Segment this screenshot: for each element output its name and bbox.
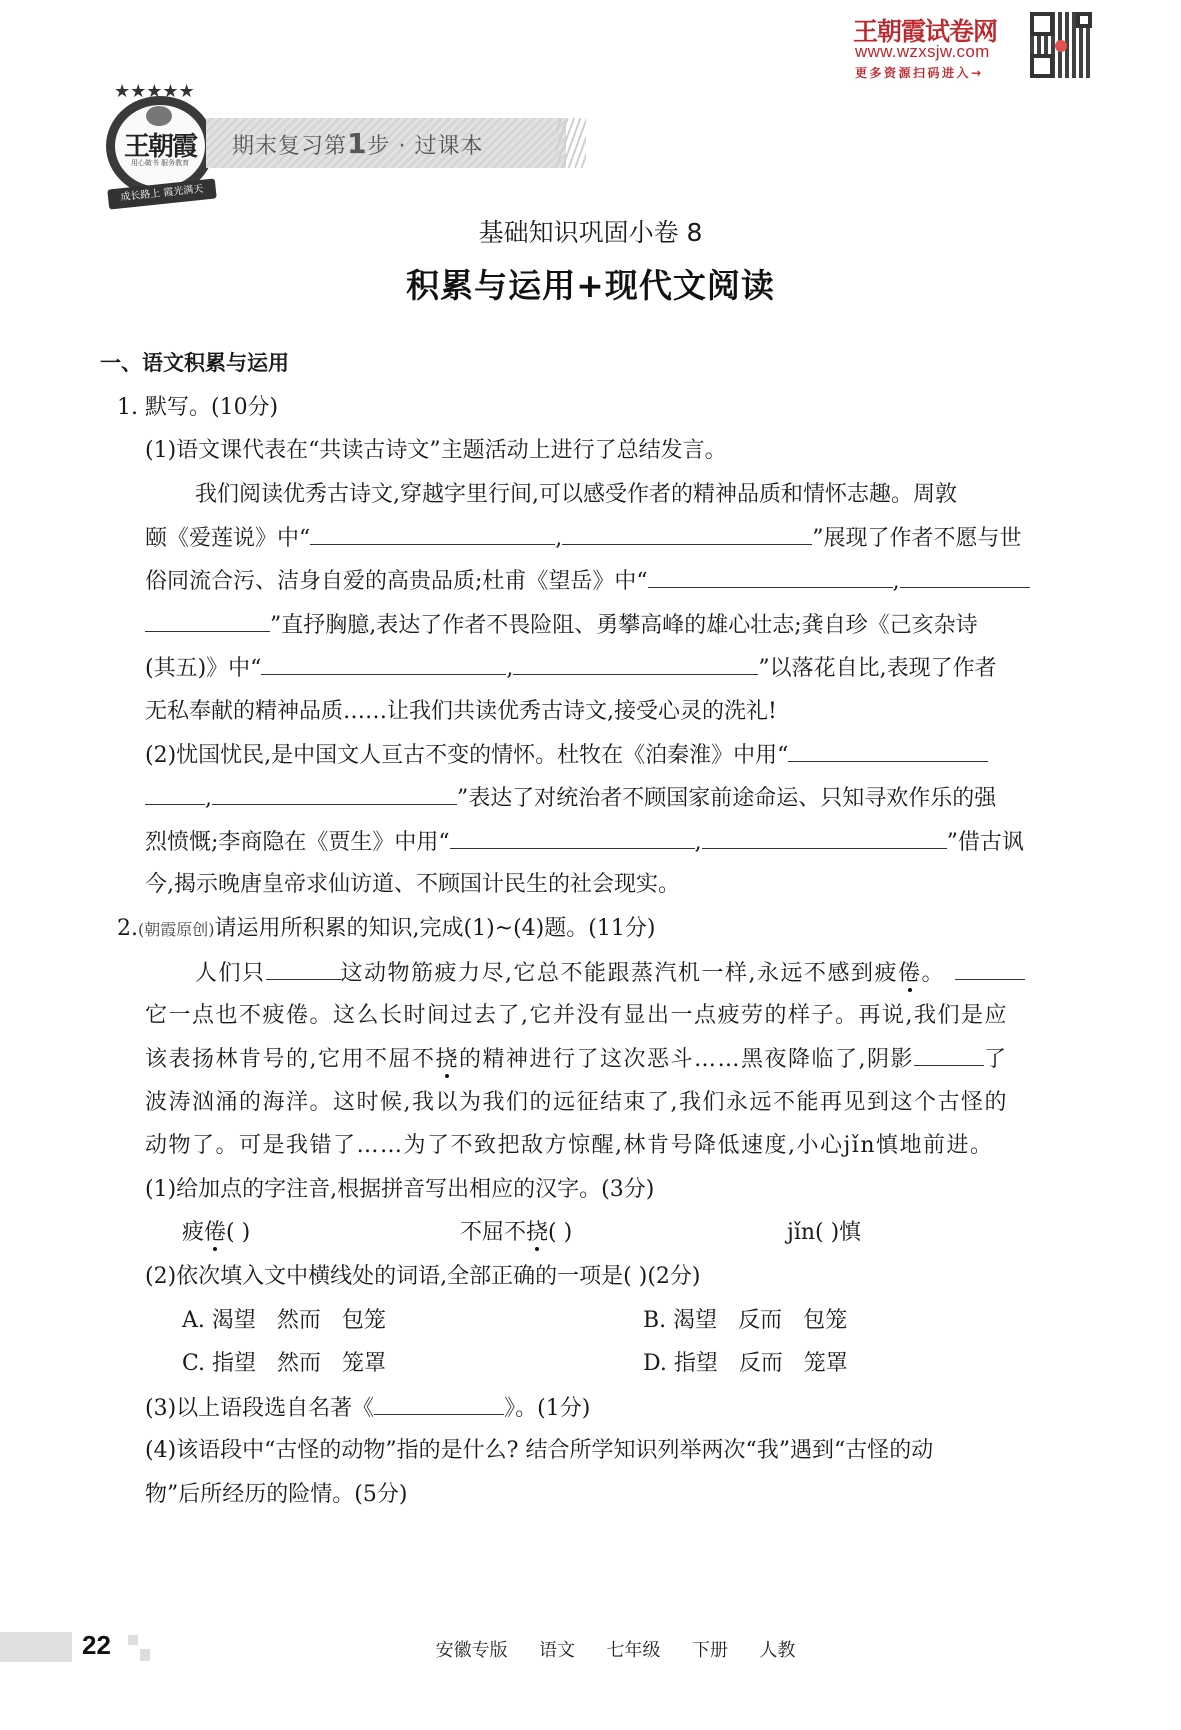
q1-p2-line3: 烈愤慨;李商隐在《贾生》中用“,”借古讽: [145, 827, 1024, 858]
banner-text: 期末复习第1步 · 过课本: [232, 127, 483, 160]
text: 颐《爱莲说》中“: [145, 526, 310, 551]
answer-blank[interactable]: [955, 958, 1025, 980]
sub1-item-2: 不屈不挠( ): [460, 1218, 572, 1248]
option-b[interactable]: B. 渴望 反而 包笼: [643, 1306, 847, 1336]
passage-line1: 人们只这动物筋疲力尽,它总不能跟蒸汽机一样,永远不感到疲倦。: [195, 958, 1025, 989]
passage-line2: 它一点也不疲倦。这么长时间过去了,它并没有显出一点疲劳的样子。再说,我们是应: [145, 1001, 1008, 1031]
q1-p2-line1: (2)忧国忧民,是中国文人亘古不变的情怀。杜牧在《泊秦淮》中用“: [145, 740, 988, 771]
text: 。: [922, 961, 946, 986]
answer-blank[interactable]: [562, 523, 812, 545]
original-tag: (朝霞原创): [138, 920, 215, 939]
dotted-char: 倦: [204, 1220, 226, 1245]
brand-cta: 更多资源扫码进入→: [855, 64, 984, 81]
text: ”展现了作者不愿与世: [812, 526, 1021, 551]
answer-blank[interactable]: [513, 653, 758, 675]
q1-p1-line5: (其五)》中“,”以落花自比,表现了作者: [145, 653, 997, 684]
text: 了: [984, 1047, 1008, 1072]
answer-blank[interactable]: [900, 566, 1030, 588]
sub1-item-3[interactable]: jǐn( )慎: [787, 1218, 861, 1248]
text: 请运用所积累的知识,完成(1)~(4)题。(11分): [215, 916, 656, 941]
dotted-char: 挠: [526, 1220, 548, 1245]
answer-blank[interactable]: [914, 1044, 984, 1066]
option-c[interactable]: C. 指望 然而 笼罩: [182, 1349, 386, 1379]
text: ”以落花自比,表现了作者: [758, 656, 996, 681]
text: 疲: [182, 1220, 204, 1245]
footer-info: 安徽专版 语文 七年级 下册 人教: [0, 1636, 1181, 1662]
text: ,: [555, 526, 562, 551]
passage-line4: 波涛汹涌的海洋。这时候,我以为我们的远征结束了,我们永远不能再见到这个古怪的: [145, 1088, 1008, 1118]
answer-blank[interactable]: [450, 827, 695, 849]
text: ,: [205, 786, 212, 811]
text: 该表扬林肯号的,它用不屈不: [145, 1047, 436, 1072]
q1-p1-line4: ”直抒胸臆,表达了作者不畏险阻、勇攀高峰的雄心壮志;龚自珍《己亥杂诗: [145, 610, 978, 641]
text: ”表达了对统治者不顾国家前途命运、只知寻欢作乐的强: [457, 786, 996, 811]
sub1-item-1: 疲倦( ): [182, 1218, 250, 1248]
q1-p2-line2: ,”表达了对统治者不顾国家前途命运、只知寻欢作乐的强: [145, 783, 996, 814]
q2-sub4-line2: 物”后所经历的险情。(5分): [145, 1480, 407, 1510]
text: ”直抒胸臆,表达了作者不畏险阻、勇攀高峰的雄心壮志;龚自珍《己亥杂诗: [270, 613, 978, 638]
text: ”借古讽: [947, 830, 1024, 855]
answer-blank[interactable]: [648, 566, 893, 588]
q2-sub2-stem: (2)依次填入文中横线处的词语,全部正确的一项是( )(2分): [145, 1262, 700, 1292]
brand-url[interactable]: www.wzxsjw.com: [855, 42, 990, 62]
answer-blank[interactable]: [145, 783, 205, 805]
answer-blank[interactable]: [374, 1393, 504, 1415]
q1-p1-line1: 我们阅读优秀古诗文,穿越字里行间,可以感受作者的精神品质和情怀志趣。周敦: [195, 480, 957, 510]
text: 人们只: [195, 961, 266, 986]
text: 这动物筋疲力尽,它总不能跟蒸汽机一样,永远不感到疲: [341, 961, 899, 986]
option-d[interactable]: D. 指望 反而 笼罩: [643, 1349, 848, 1379]
page-subtitle: 基础知识巩固小卷 8: [0, 213, 1181, 249]
text: (2)忧国忧民,是中国文人亘古不变的情怀。杜牧在《泊秦淮》中用“: [145, 743, 788, 768]
q1-p1-intro: (1)语文课代表在“共读古诗文”主题活动上进行了总结发言。: [145, 436, 727, 466]
answer-blank[interactable]: [702, 827, 947, 849]
q1-p1-line6: 无私奉献的精神品质……让我们共读优秀古诗文,接受心灵的洗礼!: [145, 697, 777, 727]
text: 烈愤慨;李商隐在《贾生》中用“: [145, 830, 450, 855]
q2-sub1-stem: (1)给加点的字注音,根据拼音写出相应的汉字。(3分): [145, 1175, 654, 1205]
q1-p1-line2: 颐《爱莲说》中“,”展现了作者不愿与世: [145, 523, 1022, 554]
answer-blank[interactable]: [788, 740, 988, 762]
answer-blank[interactable]: [212, 783, 457, 805]
page-title: 积累与运用+现代文阅读: [0, 260, 1181, 307]
q2-sub3: (3)以上语段选自名著《》。(1分): [145, 1393, 590, 1424]
q2-stem: 2.(朝霞原创)请运用所积累的知识,完成(1)~(4)题。(11分): [117, 914, 655, 945]
text: 俗同流合污、洁身自爱的高贵品质;杜甫《望岳》中“: [145, 569, 648, 594]
text: ,: [506, 656, 513, 681]
dotted-char: 倦: [898, 961, 922, 986]
text: ,: [893, 569, 900, 594]
answer-blank[interactable]: [145, 610, 270, 632]
pinyin-blank[interactable]: ( ): [226, 1220, 250, 1245]
answer-blank[interactable]: [310, 523, 555, 545]
banner-suffix: 步 · 过课本: [368, 134, 484, 159]
text: 的精神进行了这次恶斗……黑夜降临了,阴影: [459, 1047, 914, 1072]
q1-p2-line4: 今,揭示晚唐皇帝求仙访道、不顾国计民生的社会现实。: [145, 870, 680, 900]
qr-code-icon[interactable]: [1030, 12, 1092, 78]
passage-line5: 动物了。可是我错了……为了不致把敌方惊醒,林肯号降低速度,小心jǐn慎地前进。: [145, 1131, 994, 1161]
q1-p1-line3: 俗同流合污、洁身自爱的高贵品质;杜甫《望岳》中“,: [145, 566, 1030, 597]
section-heading: 一、语文积累与运用: [100, 348, 289, 378]
option-a[interactable]: A. 渴望 然而 包笼: [182, 1306, 386, 1336]
dotted-char: 挠: [436, 1047, 460, 1072]
pinyin-blank[interactable]: ( ): [548, 1220, 572, 1245]
portrait-icon: [146, 106, 172, 126]
text: 不屈不: [460, 1220, 526, 1245]
logo-tagline: 用心做书 服务教育: [118, 158, 202, 168]
text: (其五)》中“: [145, 656, 261, 681]
text: 》。(1分): [504, 1396, 590, 1421]
answer-blank[interactable]: [266, 958, 341, 980]
banner-step: 1: [347, 127, 367, 160]
passage-line3: 该表扬林肯号的,它用不屈不挠的精神进行了这次恶斗……黑夜降临了,阴影了: [145, 1044, 1008, 1075]
q1-stem: 1. 默写。(10分): [117, 393, 278, 423]
banner-prefix: 期末复习第: [232, 134, 347, 159]
text: (3)以上语段选自名著《: [145, 1396, 374, 1421]
star-icons: ★★★★★: [114, 80, 206, 104]
publisher-logo: ★★★★★ 王朝霞 用心做书 服务教育 成长路上 霞光满天: [106, 80, 214, 210]
text: ,: [695, 830, 702, 855]
q2-sub4-line1: (4)该语段中“古怪的动物”指的是什么? 结合所学知识列举两次“我”遇到“古怪的…: [145, 1436, 933, 1466]
question-number: 2.: [117, 916, 138, 941]
answer-blank[interactable]: [261, 653, 506, 675]
